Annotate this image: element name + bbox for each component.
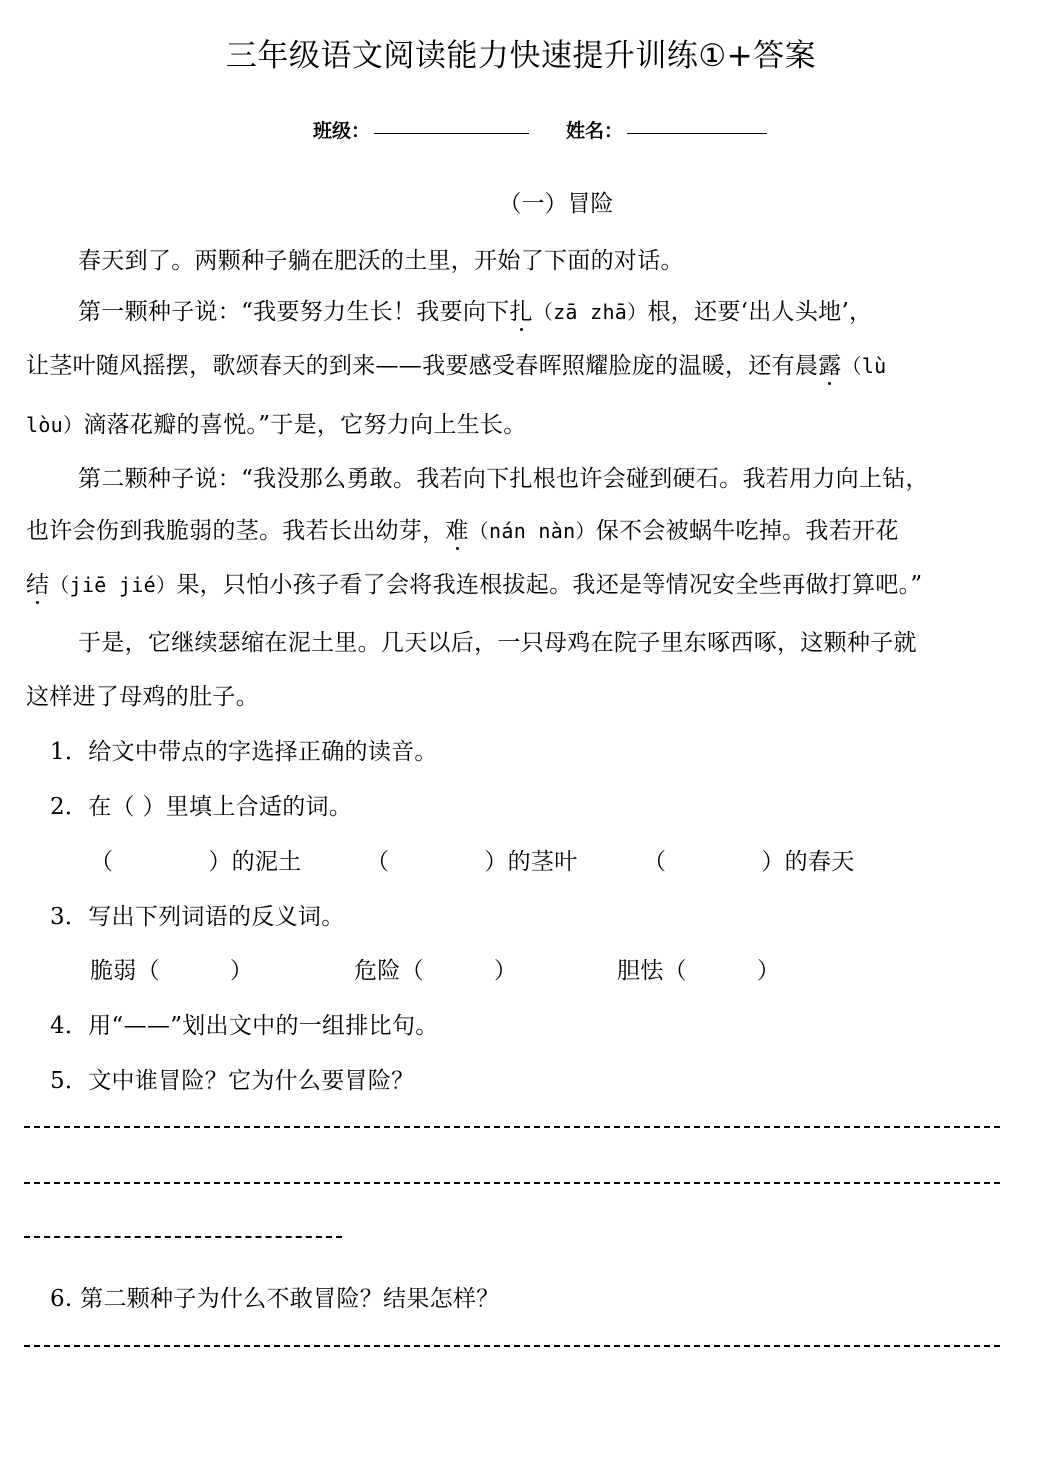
word: 胆怯（ <box>617 958 687 984</box>
question-5: 5．文中谁冒险？它为什么要冒险？ <box>50 1062 414 1095</box>
question-6: 6. 第二颗种子为什么不敢冒险？结果怎样？ <box>50 1280 500 1313</box>
passage-paragraph-4-line-1: 于是，它继续瑟缩在泥土里。几天以后，一只母鸡在院子里东啄西啄，这颗种子就 <box>78 624 917 657</box>
dotted-char: 结 <box>26 572 49 598</box>
class-label: 班级： <box>313 120 370 142</box>
text: 根，还要‘出人头地’， <box>647 299 872 325</box>
text: 果，只怕小孩子看了会将我连根拔起。我还是等情况安全些再做打算吧。” <box>176 572 922 598</box>
q2-blank-2[interactable]: （）的茎叶 <box>366 843 578 876</box>
name-blank[interactable] <box>627 133 767 134</box>
question-2: 2．在（ ）里填上合适的词。 <box>50 788 352 821</box>
word: 危险（ <box>354 958 424 984</box>
pinyin-options: （lù <box>842 354 887 378</box>
pinyin-options: （zā zhā） <box>533 300 648 324</box>
dotted-char: 难 <box>445 518 468 544</box>
question-4: 4．用“——”划出文中的一组排比句。 <box>50 1007 439 1040</box>
text: 让茎叶随风摇摆，歌颂春天的到来——我要感受春晖照耀脸庞的温暖，还有晨 <box>26 353 818 379</box>
word: 脆弱（ <box>90 958 160 984</box>
pinyin-options: （nán nàn） <box>469 519 596 543</box>
q2-blank-1[interactable]: （）的泥土 <box>90 843 302 876</box>
passage-paragraph-2-line-2: 让茎叶随风摇摆，歌颂春天的到来——我要感受春晖照耀脸庞的温暖，还有晨露（lù <box>26 347 887 380</box>
q3-blank-3[interactable]: 胆怯（） <box>617 952 780 985</box>
text: 保不会被蜗牛吃掉。我若开花 <box>596 518 899 544</box>
q5-answer-line-2[interactable] <box>24 1182 1000 1184</box>
close-paren: ） <box>757 958 780 984</box>
close-paren: ） <box>230 958 253 984</box>
phrase: ）的泥土 <box>208 849 301 875</box>
q3-blank-2[interactable]: 危险（） <box>354 952 517 985</box>
passage-paragraph-3-line-1: 第二颗种子说：“我没那么勇敢。我若向下扎根也许会碰到硬石。我若用力向上钻， <box>78 460 929 493</box>
name-label: 姓名： <box>566 120 623 142</box>
class-blank[interactable] <box>374 133 529 134</box>
q5-answer-line-1[interactable] <box>24 1126 1000 1128</box>
question-1: 1．给文中带点的字选择正确的读音。 <box>50 733 438 766</box>
open-paren: （ <box>366 849 389 875</box>
q5-answer-line-3[interactable] <box>24 1236 342 1238</box>
q6-answer-line-1[interactable] <box>24 1345 1000 1347</box>
passage-paragraph-3-line-3: 结（jiē jié）果，只怕小孩子看了会将我连根拔起。我还是等情况安全些再做打算… <box>26 566 922 599</box>
passage-paragraph-2-line-1: 第一颗种子说：“我要努力生长！我要向下扎（zā zhā）根，还要‘出人头地’， <box>78 293 872 326</box>
pinyin-options: lòu） <box>26 413 83 437</box>
text: 滴落花瓣的喜悦。”于是，它努力向上生长。 <box>83 412 526 438</box>
section-title: （一）冒险 <box>0 185 1042 218</box>
passage-paragraph-1: 春天到了。两颗种子躺在肥沃的土里，开始了下面的对话。 <box>78 242 684 275</box>
passage-paragraph-4-line-2: 这样进了母鸡的肚子。 <box>26 678 259 711</box>
dotted-char: 露 <box>818 353 841 379</box>
phrase: ）的春天 <box>761 849 854 875</box>
text: 第一颗种子说：“我要努力生长！我要向下 <box>78 299 509 325</box>
open-paren: （ <box>90 849 113 875</box>
class-field[interactable]: 班级： <box>313 116 529 143</box>
close-paren: ） <box>494 958 517 984</box>
question-3: 3．写出下列词语的反义词。 <box>50 898 345 931</box>
open-paren: （ <box>643 849 666 875</box>
name-field[interactable]: 姓名： <box>566 116 767 143</box>
text: 也许会伤到我脆弱的茎。我若长出幼芽， <box>26 518 445 544</box>
dotted-char: 扎 <box>509 299 532 325</box>
q2-blank-3[interactable]: （）的春天 <box>643 843 855 876</box>
passage-paragraph-3-line-2: 也许会伤到我脆弱的茎。我若长出幼芽，难（nán nàn）保不会被蜗牛吃掉。我若开… <box>26 512 899 545</box>
passage-paragraph-2-line-3: lòu）滴落花瓣的喜悦。”于是，它努力向上生长。 <box>26 406 527 439</box>
pinyin-options: （jiē jié） <box>49 573 176 597</box>
phrase: ）的茎叶 <box>484 849 577 875</box>
q3-blank-1[interactable]: 脆弱（） <box>90 952 253 985</box>
document-title: 三年级语文阅读能力快速提升训练①+答案 <box>0 30 1042 75</box>
